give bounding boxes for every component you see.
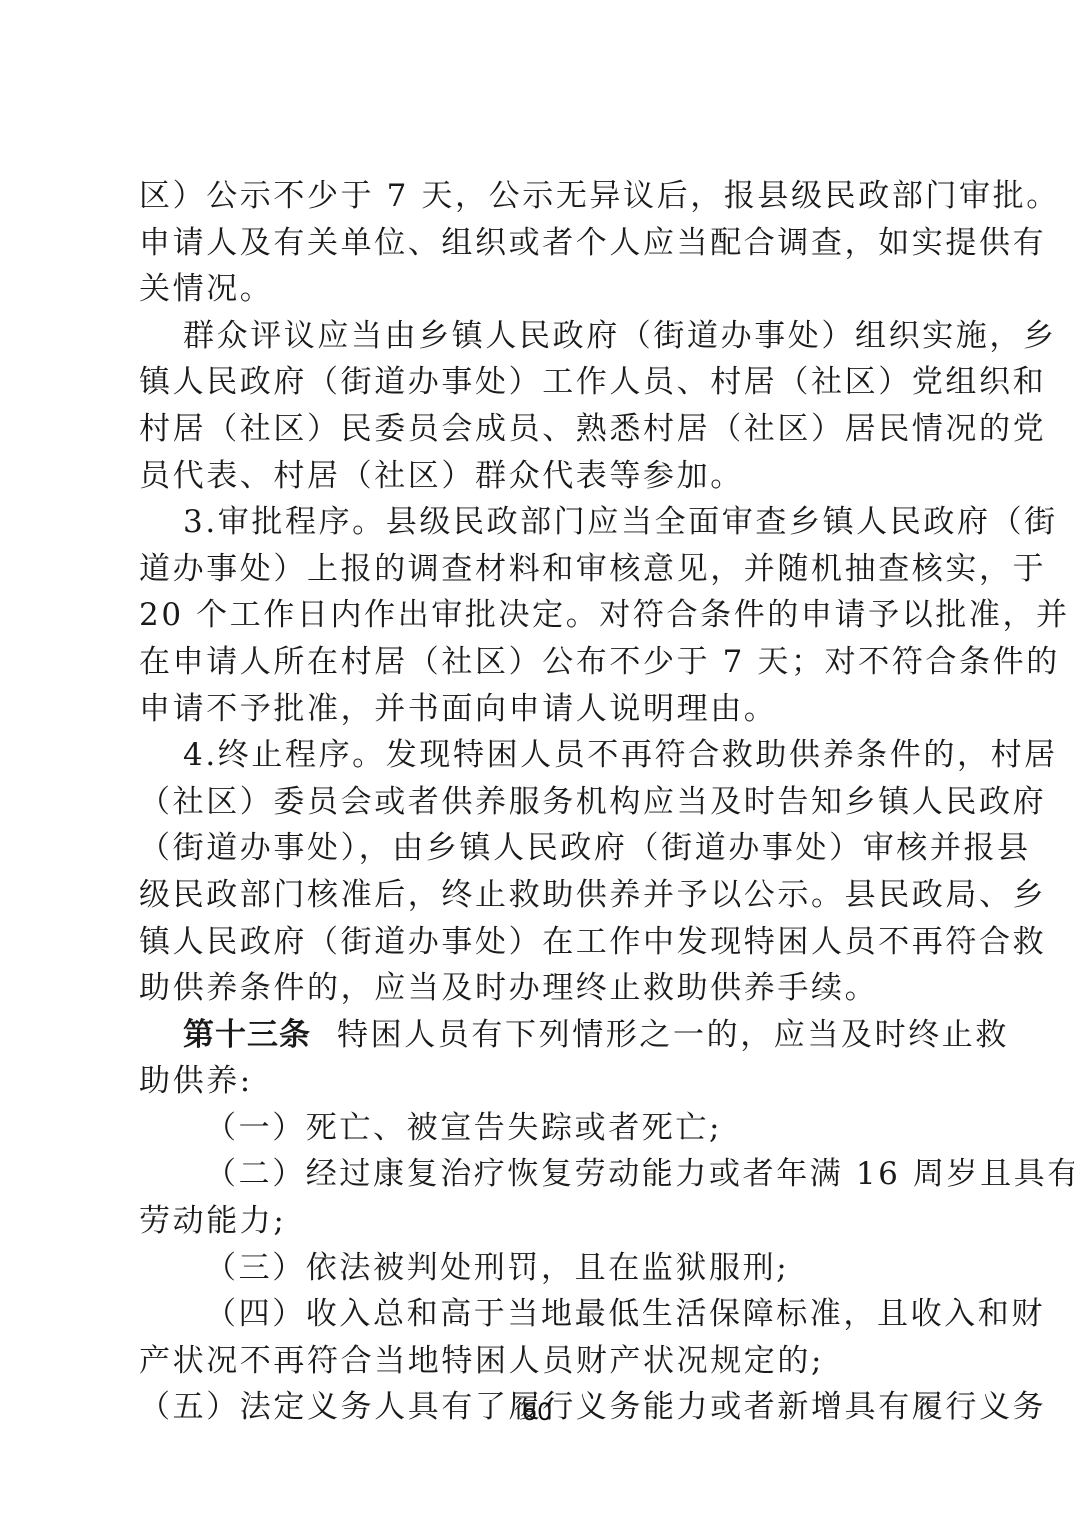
text-line: 申请不予批准，并书面向申请人说明理由。 <box>139 686 929 733</box>
text-line: 级民政部门核准后，终止救助供养并予以公示。县民政局、乡 <box>139 872 929 919</box>
text-line: 镇人民政府（街道办事处）工作人员、村居（社区）党组织和 <box>139 359 929 406</box>
text-line: 产状况不再符合当地特困人员财产状况规定的; <box>139 1338 929 1385</box>
paragraph-start-line: 3.审批程序。县级民政部门应当全面审查乡镇人民政府（街 <box>139 499 929 546</box>
text-line: 在申请人所在村居（社区）公布不少于 7 天；对不符合条件的 <box>139 639 929 686</box>
text-line: 助供养条件的，应当及时办理终止救助供养手续。 <box>139 965 929 1012</box>
article-text: 特困人员有下列情形之一的，应当及时终止救 <box>337 1017 1009 1053</box>
text-line: 20 个工作日内作出审批决定。对符合条件的申请予以批准，并 <box>139 592 929 639</box>
list-item: （二）经过康复治疗恢复劳动能力或者年满 16 周岁且具有 <box>139 1151 929 1198</box>
text-line: 道办事处）上报的调查材料和审核意见，并随机抽查核实，于 <box>139 546 929 593</box>
text-line: 关情况。 <box>139 266 929 313</box>
text-line: 劳动能力; <box>139 1198 929 1245</box>
text-line: 员代表、村居（社区）群众代表等参加。 <box>139 453 929 500</box>
paragraph-start-line: 4.终止程序。发现特困人员不再符合救助供养条件的，村居 <box>139 732 929 779</box>
document-body: 区）公示不少于 7 天，公示无异议后，报县级民政部门审批。 申请人及有关单位、组… <box>139 173 929 1431</box>
document-page: 区）公示不少于 7 天，公示无异议后，报县级民政部门审批。 申请人及有关单位、组… <box>0 0 1074 1520</box>
text-line: 村居（社区）民委员会成员、熟悉村居（社区）居民情况的党 <box>139 406 929 453</box>
text-line: （社区）委员会或者供养服务机构应当及时告知乡镇人民政府 <box>139 779 929 826</box>
text-line: 镇人民政府（街道办事处）在工作中发现特困人员不再符合救 <box>139 919 929 966</box>
text-line: 助供养: <box>139 1058 929 1105</box>
list-item: （三）依法被判处刑罚，且在监狱服刑; <box>139 1245 929 1292</box>
text-line: （街道办事处），由乡镇人民政府（街道办事处）审核并报县 <box>139 825 929 872</box>
list-item: （四）收入总和高于当地最低生活保障标准，且收入和财 <box>139 1291 929 1338</box>
list-item: （一）死亡、被宣告失踪或者死亡; <box>139 1105 929 1152</box>
article-heading: 第十三条 <box>183 1017 311 1053</box>
text-line: 申请人及有关单位、组织或者个人应当配合调查，如实提供有 <box>139 220 929 267</box>
article-13-line: 第十三条特困人员有下列情形之一的，应当及时终止救 <box>139 1012 929 1059</box>
text-line: 区）公示不少于 7 天，公示无异议后，报县级民政部门审批。 <box>139 173 929 220</box>
paragraph-start-line: 群众评议应当由乡镇人民政府（街道办事处）组织实施，乡 <box>139 313 929 360</box>
page-number: 60 <box>0 1398 1074 1426</box>
